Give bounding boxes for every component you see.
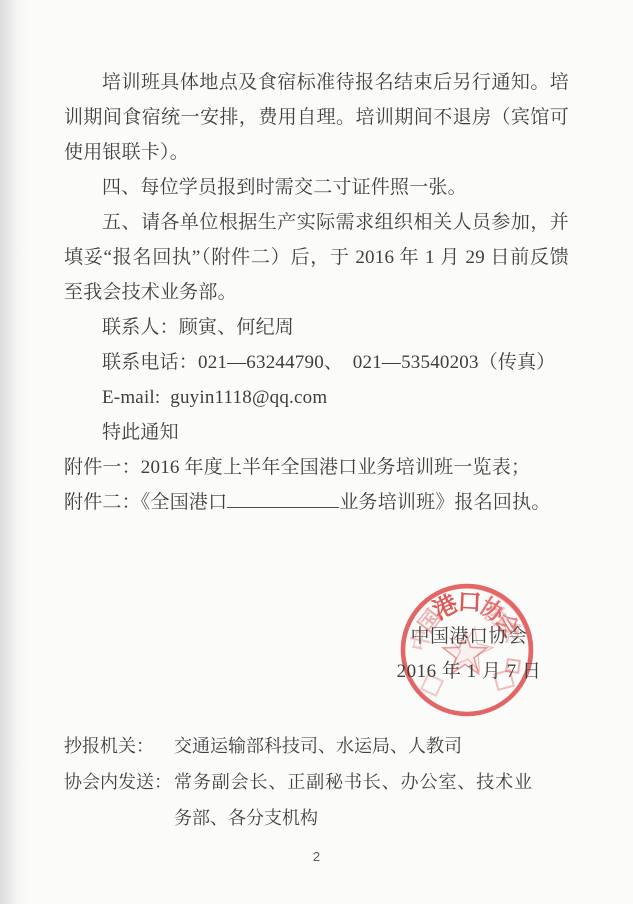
document-body: 培训班具体地点及食宿标准待报名结束后另行通知。培训期间食宿统一安排，费用自理。培… bbox=[0, 0, 633, 520]
attachment-two-line: 附件二：《全国港口业务培训班》报名回执。 bbox=[64, 485, 569, 520]
signature-date: 2016 年 1 月 7 日 bbox=[384, 654, 554, 689]
contact-person-line: 联系人：顾寅、何纪周 bbox=[64, 310, 569, 345]
attachment-one-line: 附件一：2016 年度上半年全国港口业务培训班一览表； bbox=[64, 450, 569, 485]
email-line: E-mail: guyin1118@qq.com bbox=[64, 380, 569, 415]
paragraph-item-five: 五、请各单位根据生产实际需求组织相关人员参加，并填妥“报名回执”（附件二）后，于… bbox=[64, 205, 569, 310]
internal-distribution-row: 协会内发送： 常务副会长、正副秘书长、办公室、技术业务部、各分支机构 bbox=[64, 764, 532, 836]
contact-phone-line: 联系电话：021—63244790、 021—53540203（传真） bbox=[64, 345, 569, 380]
distribution-block: 抄报机关： 交通运输部科技司、水运局、人教司 协会内发送： 常务副会长、正副秘书… bbox=[64, 728, 532, 836]
signature-block: 中国港口协会 2016 年 1 月 7 日 bbox=[384, 619, 554, 689]
scanned-notice-page: 培训班具体地点及食宿标准待报名结束后另行通知。培训期间食宿统一安排，费用自理。培… bbox=[0, 0, 633, 904]
internal-distribution-label: 协会内发送： bbox=[64, 764, 174, 836]
attachment-two-prefix: 附件二：《全国港口 bbox=[64, 492, 227, 513]
signature-org: 中国港口协会 bbox=[384, 619, 554, 654]
internal-distribution-value: 常务副会长、正副秘书长、办公室、技术业务部、各分支机构 bbox=[174, 764, 532, 836]
page-number: 2 bbox=[0, 849, 633, 864]
attachment-two-suffix: 业务培训班》报名回执。 bbox=[339, 492, 550, 513]
attachment-two-blank-underline bbox=[227, 488, 339, 508]
closing-notice-line: 特此通知 bbox=[64, 415, 569, 450]
paragraph-item-four: 四、每位学员报到时需交二寸证件照一张。 bbox=[64, 170, 569, 205]
cc-agencies-label: 抄报机关： bbox=[64, 728, 174, 764]
paragraph-accommodation: 培训班具体地点及食宿标准待报名结束后另行通知。培训期间食宿统一安排，费用自理。培… bbox=[64, 65, 569, 170]
cc-agencies-value: 交通运输部科技司、水运局、人教司 bbox=[174, 728, 532, 764]
cc-agencies-row: 抄报机关： 交通运输部科技司、水运局、人教司 bbox=[64, 728, 532, 764]
